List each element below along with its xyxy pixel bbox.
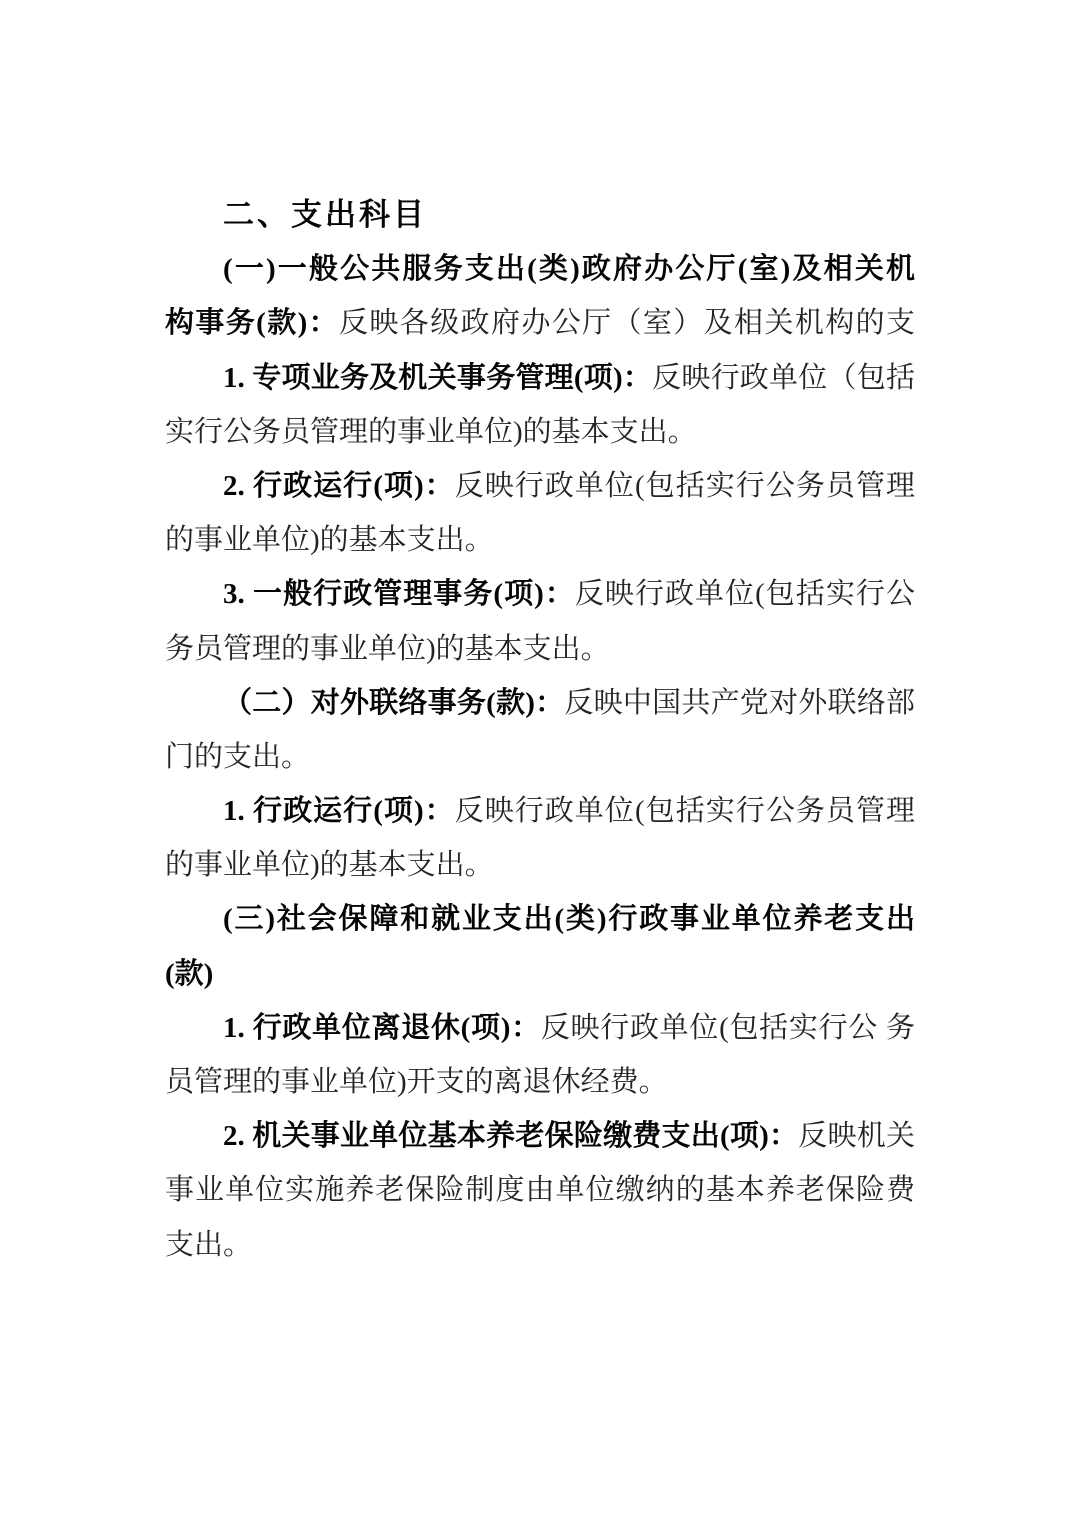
- normal-segment: 的事业单位)的基本支出。: [165, 524, 494, 556]
- text-line: 1. 专项业务及机关事务管理(项)：反映行政单位（包括: [165, 351, 915, 405]
- normal-segment: 事业单位实施养老保险制度由单位缴纳的基本养老保险费: [165, 1174, 915, 1206]
- document-text-block: 二、支出科目 (一)一般公共服务支出(类)政府办公厅(室)及相关机 构事务(款)…: [165, 188, 915, 1272]
- text-line: 的事业单位)的基本支出。: [165, 838, 915, 892]
- normal-segment: 务员管理的事业单位)的基本支出。: [165, 633, 610, 665]
- section-heading: 二、支出科目: [165, 188, 915, 242]
- normal-segment: 实行公务员管理的事业单位)的基本支出。: [165, 416, 697, 448]
- bold-segment: (款): [165, 958, 213, 990]
- bold-segment: 3. 一般行政管理事务(项)：: [223, 578, 575, 610]
- normal-segment: 反映机关: [798, 1120, 915, 1152]
- text-line: 门的支出。: [165, 730, 915, 784]
- text-line: 2. 机关事业单位基本养老保险缴费支出(项)：反映机关: [165, 1109, 915, 1163]
- normal-segment: 支出。: [165, 1229, 252, 1261]
- text-line: (款): [165, 947, 915, 1001]
- normal-segment: 反映行政单位（包括: [652, 362, 915, 394]
- text-line: 3. 一般行政管理事务(项)：反映行政单位(包括实行公: [165, 567, 915, 621]
- text-line: 1. 行政运行(项)：反映行政单位(包括实行公务员管理: [165, 784, 915, 838]
- bold-segment: (三)社会保障和就业支出(类)行政事业单位养老支出: [223, 903, 915, 935]
- bold-segment: 1. 专项业务及机关事务管理(项)：: [223, 362, 652, 394]
- text-line: (一)一般公共服务支出(类)政府办公厅(室)及相关机: [165, 242, 915, 296]
- normal-segment: 员管理的事业单位)开支的离退休经费。: [165, 1066, 668, 1098]
- text-line: 务员管理的事业单位)的基本支出。: [165, 622, 915, 676]
- text-line: 1. 行政单位离退休(项)：反映行政单位(包括实行公 务: [165, 1001, 915, 1055]
- text-line: (三)社会保障和就业支出(类)行政事业单位养老支出: [165, 892, 915, 946]
- text-line: 2. 行政运行(项)：反映行政单位(包括实行公务员管理: [165, 459, 915, 513]
- normal-segment: 门的支出。: [165, 741, 310, 773]
- text-line: 的事业单位)的基本支出。: [165, 513, 915, 567]
- normal-segment: 反映行政单位(包括实行公务员管理: [455, 470, 915, 502]
- text-line: （二）对外联络事务(款)：反映中国共产党对外联络部: [165, 676, 915, 730]
- bold-segment: (一)一般公共服务支出(类)政府办公厅(室)及相关机: [223, 253, 915, 285]
- document-page: 二、支出科目 (一)一般公共服务支出(类)政府办公厅(室)及相关机 构事务(款)…: [0, 0, 1074, 1520]
- normal-segment: 反映中国共产党对外联络部: [564, 687, 915, 719]
- heading-text: 二、支出科目: [223, 197, 427, 232]
- bold-segment: 1. 行政运行(项)：: [223, 795, 455, 827]
- normal-segment: 反映行政单位(包括实行公 务: [541, 1012, 915, 1044]
- text-line: 构事务(款)：反映各级政府办公厅（室）及相关机构的支出。: [165, 296, 915, 350]
- text-line: 事业单位实施养老保险制度由单位缴纳的基本养老保险费: [165, 1163, 915, 1217]
- bold-segment: 构事务(款)：: [165, 307, 339, 339]
- text-line: 支出。: [165, 1218, 915, 1272]
- text-line: 员管理的事业单位)开支的离退休经费。: [165, 1055, 915, 1109]
- bold-segment: 1. 行政单位离退休(项)：: [223, 1012, 541, 1044]
- text-line: 实行公务员管理的事业单位)的基本支出。: [165, 405, 915, 459]
- normal-segment: 的事业单位)的基本支出。: [165, 849, 494, 881]
- bold-segment: 2. 机关事业单位基本养老保险缴费支出(项)：: [223, 1120, 798, 1152]
- bold-segment: （二）对外联络事务(款)：: [223, 687, 564, 719]
- normal-segment: 反映行政单位(包括实行公务员管理: [455, 795, 915, 827]
- normal-segment: 反映行政单位(包括实行公: [575, 578, 915, 610]
- bold-segment: 2. 行政运行(项)：: [223, 470, 455, 502]
